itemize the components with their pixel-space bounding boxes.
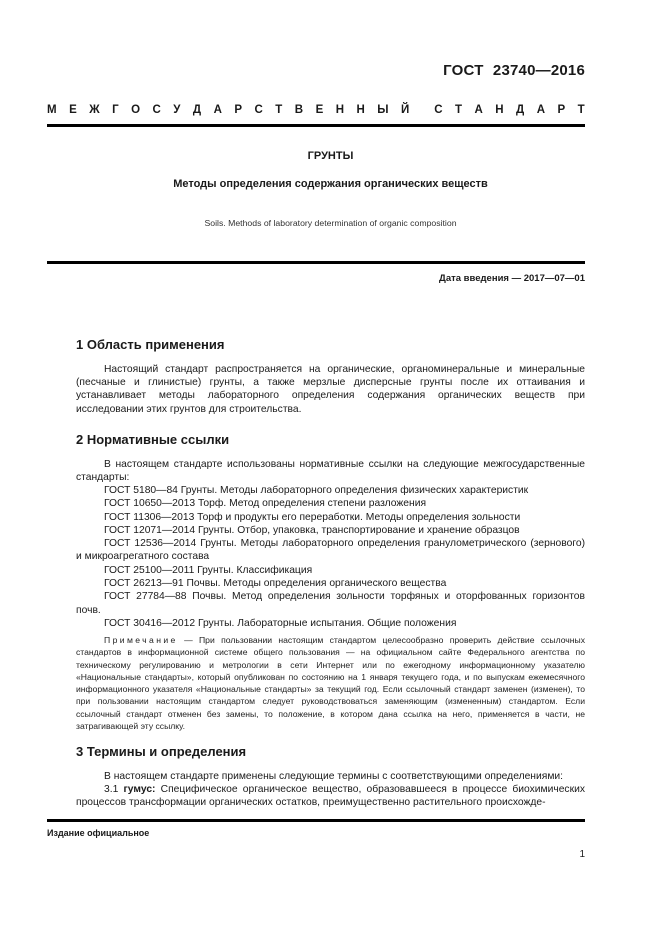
banner-letter: Т (578, 104, 585, 116)
reference-item: ГОСТ 30416—2012 Грунты. Лабораторные исп… (76, 617, 585, 630)
banner-letter: Р (234, 104, 242, 116)
banner-letter: Г (112, 104, 119, 116)
reference-item: ГОСТ 26213—91 Почвы. Методы определения … (76, 577, 585, 590)
reference-item: ГОСТ 5180—84 Грунты. Методы лабораторног… (76, 484, 585, 497)
banner-letter: Н (356, 104, 364, 116)
banner-letter: Ы (377, 104, 388, 116)
interstate-standard-banner: МЕЖГОСУДАРСТВЕННЫЙ СТАНДАРТ (47, 104, 585, 116)
official-edition-label: Издание официальное (47, 828, 149, 838)
banner-letter: Т (455, 104, 462, 116)
banner-letter: А (214, 104, 222, 116)
english-title: Soils. Methods of laboratory determinati… (0, 218, 661, 228)
banner-letter: Й (401, 104, 409, 116)
section-1-heading: 1 Область применения (76, 337, 225, 352)
banner-letter: А (474, 104, 482, 116)
banner-letter: А (537, 104, 545, 116)
title-divider (47, 261, 585, 264)
section-2-intro: В настоящем стандарте использованы норма… (76, 458, 585, 484)
document-title: ГРУНТЫ (0, 150, 661, 162)
reference-item: ГОСТ 10650—2013 Торф. Метод определения … (76, 497, 585, 510)
section-2-heading: 2 Нормативные ссылки (76, 432, 229, 447)
reference-item: ГОСТ 12071—2014 Грунты. Отбор, упаковка,… (76, 524, 585, 537)
banner-letter: Е (69, 104, 77, 116)
banner-letter: У (173, 104, 180, 116)
note-label: Примечание (104, 635, 178, 645)
page-number: 1 (579, 849, 585, 860)
banner-letter: Д (193, 104, 201, 116)
banner-letter: О (131, 104, 140, 116)
references-intro: В настоящем стандарте использованы норма… (76, 458, 585, 484)
banner-letter: Д (516, 104, 524, 116)
banner-letter: Р (558, 104, 566, 116)
note-text: — При пользовании настоящим стандартом ц… (76, 635, 585, 731)
term-definition: 3.1 гумус: Специфическое органическое ве… (76, 783, 585, 809)
gost-document-id: ГОСТ 23740—2016 (443, 62, 585, 79)
reference-item: ГОСТ 11306—2013 Торф и продукты его пере… (76, 511, 585, 524)
header-divider (47, 124, 585, 127)
banner-letter: М (47, 104, 57, 116)
section-3-text: В настоящем стандарте применены следующи… (76, 770, 585, 810)
banner-letter: С (434, 104, 442, 116)
banner-letter: Ж (89, 104, 99, 116)
banner-letter: Н (336, 104, 344, 116)
terms-intro: В настоящем стандарте применены следующи… (76, 770, 585, 783)
term-number: 3.1 (104, 784, 123, 795)
reference-item: ГОСТ 27784—88 Почвы. Метод определения з… (76, 590, 585, 617)
banner-letter: С (153, 104, 161, 116)
banner-letter: С (255, 104, 263, 116)
references-list: ГОСТ 5180—84 Грунты. Методы лабораторног… (76, 484, 585, 630)
banner-letter: В (295, 104, 303, 116)
references-note: Примечание — При пользовании настоящим с… (76, 634, 585, 732)
term-name: гумус: (123, 784, 155, 795)
section-1-text: Настоящий стандарт распространяется на о… (76, 363, 585, 416)
banner-letter: Т (275, 104, 282, 116)
reference-item: ГОСТ 12536—2014 Грунты. Методы лаборатор… (76, 537, 585, 564)
document-subtitle: Методы определения содержания органическ… (0, 178, 661, 190)
banner-letter: Н (495, 104, 503, 116)
footer-divider (47, 819, 585, 822)
section-3-heading: 3 Термины и определения (76, 744, 246, 759)
banner-letter: Е (316, 104, 324, 116)
scope-paragraph: Настоящий стандарт распространяется на о… (76, 363, 585, 416)
reference-item: ГОСТ 25100—2011 Грунты. Классификация (76, 564, 585, 577)
introduction-date: Дата введения — 2017—07—01 (439, 273, 585, 284)
